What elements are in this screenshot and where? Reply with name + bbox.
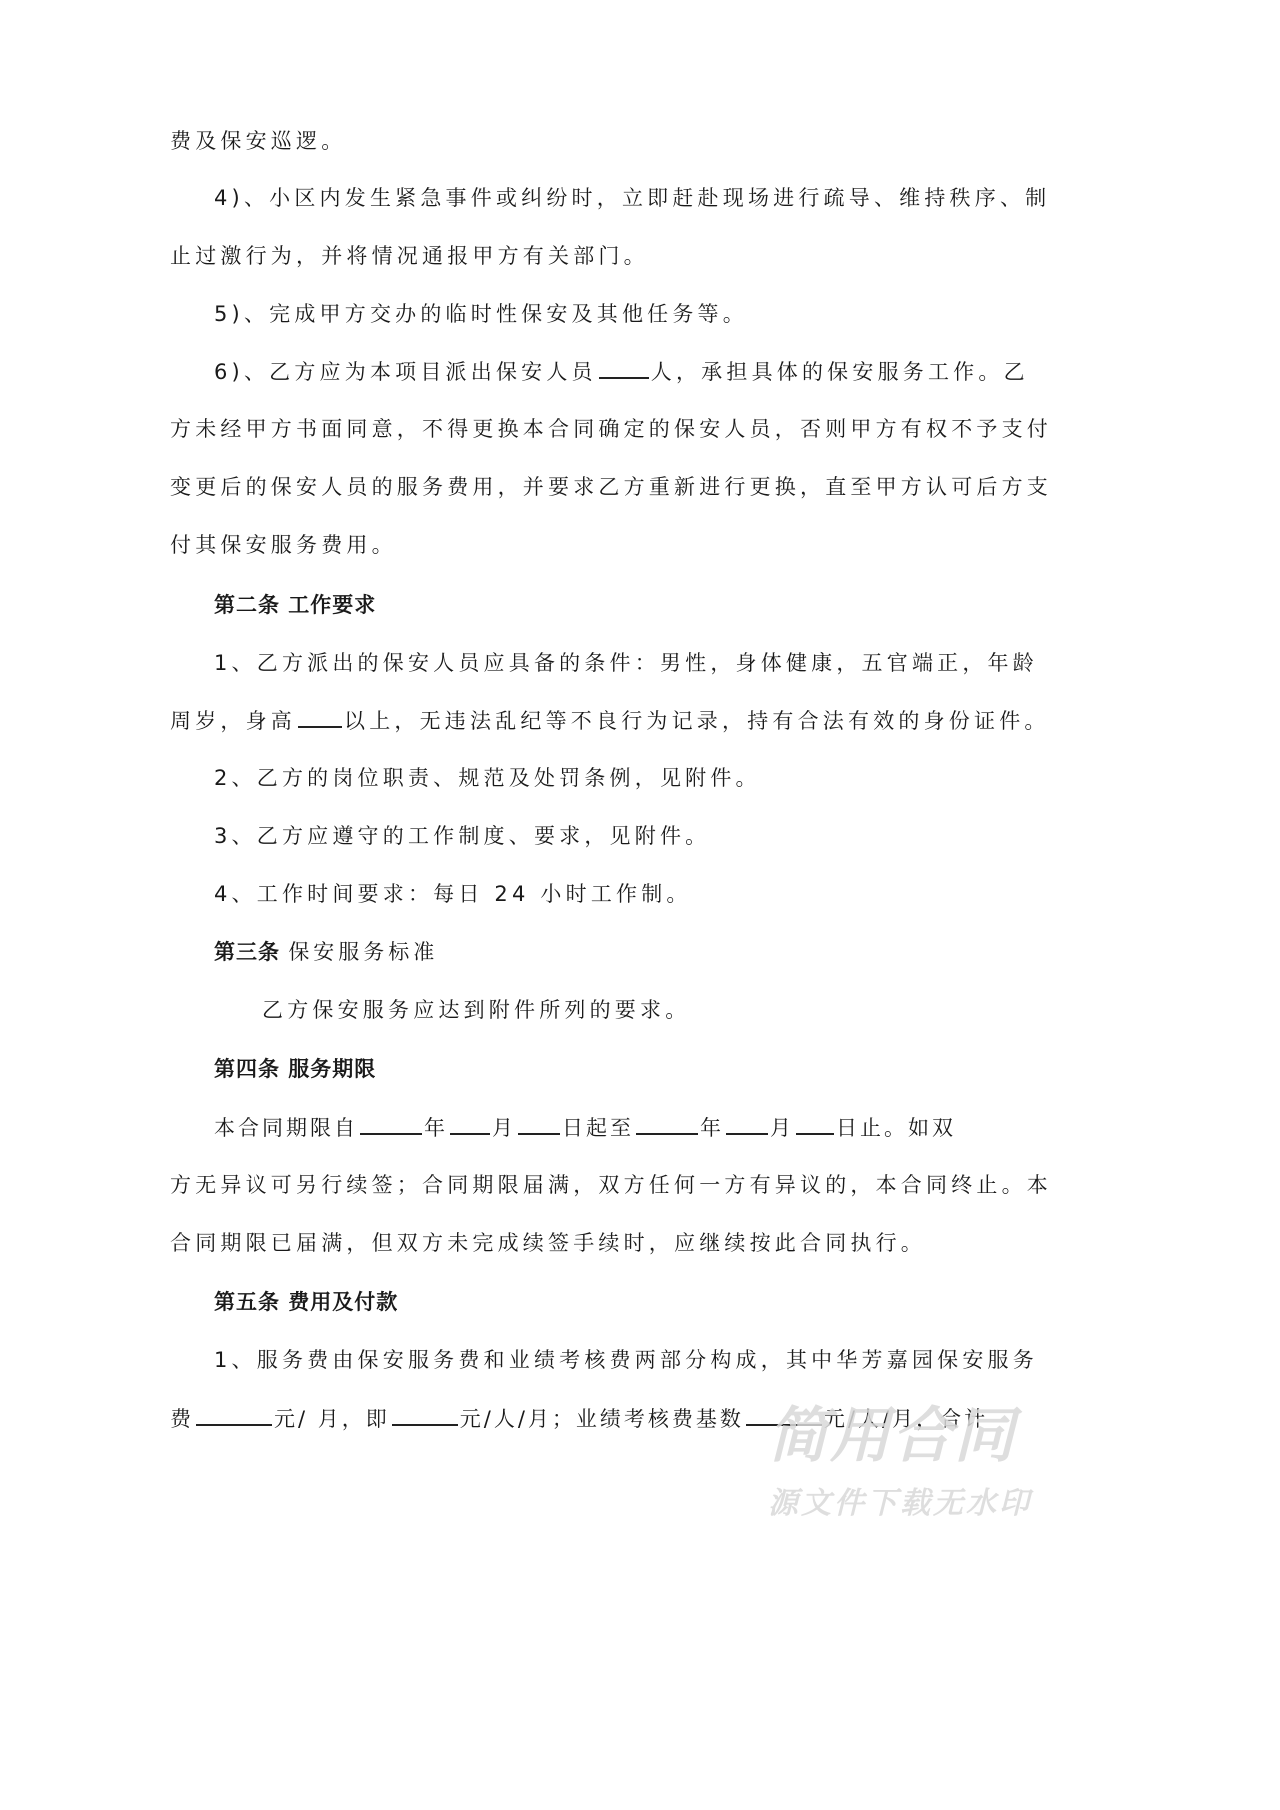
- text-segment: 元/人/月；业绩考核费基数: [460, 1407, 744, 1431]
- watermark-title: 简用合同: [768, 1388, 1016, 1474]
- contract-term-line: 本合同期限自年月日起至年月日止。如双: [214, 1113, 956, 1142]
- list-item: 1、乙方派出的保安人员应具备的条件：男性，身体健康，五官端正，年龄: [214, 649, 1038, 677]
- paragraph-line: 合同期限已届满，但双方未完成续签手续时，应继续按此合同执行。: [170, 1229, 926, 1257]
- fill-in-blank-height[interactable]: [298, 706, 342, 728]
- heading-normal: 保安服务标准: [288, 940, 438, 964]
- fill-in-blank-personnel-count[interactable]: [599, 357, 649, 379]
- text-segment: 以上，无违法乱纪等不良行为记录，持有合法有效的身份证件。: [344, 709, 1050, 733]
- paragraph-line: 乙方保安服务应达到附件所列的要求。: [262, 996, 690, 1024]
- paragraph-line: 变更后的保安人员的服务费用，并要求乙方重新进行更换，直至甲方认可后方支: [170, 473, 1052, 501]
- fill-in-blank-start-year[interactable]: [360, 1113, 422, 1135]
- text-segment: 日起至: [562, 1116, 634, 1140]
- text-segment: 月: [492, 1116, 516, 1140]
- text-segment: 月: [770, 1116, 794, 1140]
- paragraph-line-with-blank: 6)、乙方应为本项目派出保安人员人，承担具体的保安服务工作。乙: [214, 357, 1029, 386]
- watermark-subtitle: 源文件下载无水印: [768, 1478, 1032, 1522]
- section-heading-4: 第四条 服务期限: [214, 1055, 376, 1083]
- text-segment: 年: [424, 1116, 448, 1140]
- paragraph-line: 付其保安服务费用。: [170, 531, 397, 559]
- list-item: 4、工作时间要求：每日 24 小时工作制。: [214, 880, 692, 908]
- list-item: 3、乙方应遵守的工作制度、要求，见附件。: [214, 822, 710, 850]
- fill-in-blank-monthly-fee[interactable]: [196, 1404, 272, 1426]
- document-page: 费及保安巡逻。 4)、小区内发生紧急事件或纠纷时，立即赶赴现场进行疏导、维持秩序…: [0, 0, 1280, 1810]
- fill-in-blank-start-day[interactable]: [518, 1113, 560, 1135]
- fill-in-blank-end-day[interactable]: [796, 1113, 834, 1135]
- section-heading-2: 第二条 工作要求: [214, 591, 376, 619]
- list-item-continued: 周岁，身高以上，无违法乱纪等不良行为记录，持有合法有效的身份证件。: [170, 706, 1050, 735]
- fill-in-blank-start-month[interactable]: [450, 1113, 490, 1135]
- list-item: 2、乙方的岗位职责、规范及处罚条例，见附件。: [214, 764, 761, 792]
- paragraph-line: 4)、小区内发生紧急事件或纠纷时，立即赶赴现场进行疏导、维持秩序、制: [214, 184, 1050, 212]
- paragraph-line: 方无异议可另行续签；合同期限届满，双方任何一方有异议的，本合同终止。本: [170, 1171, 1052, 1199]
- heading-bold: 第三条: [214, 940, 280, 964]
- text-segment: 年: [700, 1116, 724, 1140]
- section-heading-5: 第五条 费用及付款: [214, 1288, 398, 1316]
- fill-in-blank-per-person-fee[interactable]: [392, 1404, 458, 1426]
- paragraph-line: 5)、完成甲方交办的临时性保安及其他任务等。: [214, 300, 748, 328]
- section-heading-3: 第三条 保安服务标准: [214, 938, 438, 966]
- text-segment: 元/ 月，即: [274, 1407, 390, 1431]
- fill-in-blank-end-year[interactable]: [636, 1113, 698, 1135]
- text-segment: 日止。如双: [836, 1116, 956, 1140]
- text-segment: 6)、乙方应为本项目派出保安人员: [214, 360, 597, 384]
- text-segment: 人，承担具体的保安服务工作。乙: [651, 360, 1029, 384]
- fill-in-blank-end-month[interactable]: [726, 1113, 768, 1135]
- paragraph-line: 费及保安巡逻。: [170, 127, 346, 155]
- paragraph-line: 1、服务费由保安服务费和业绩考核费两部分构成，其中华芳嘉园保安服务: [214, 1346, 1038, 1374]
- text-segment: 本合同期限自: [214, 1116, 358, 1140]
- text-segment: 周岁，身高: [170, 709, 296, 733]
- paragraph-line: 方未经甲方书面同意，不得更换本合同确定的保安人员，否则甲方有权不予支付: [170, 415, 1052, 443]
- text-segment: 费: [170, 1407, 194, 1431]
- paragraph-line: 止过激行为，并将情况通报甲方有关部门。: [170, 242, 649, 270]
